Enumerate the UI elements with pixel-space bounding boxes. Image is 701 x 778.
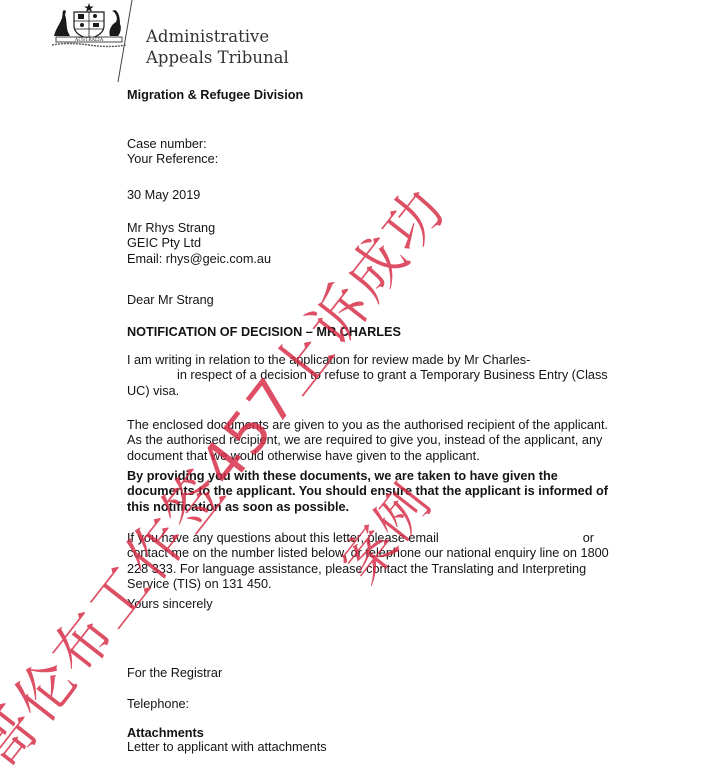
letter-heading: NOTIFICATION OF DECISION – MR CHARLES <box>127 325 667 340</box>
paragraph-line: The enclosed documents are given to you … <box>127 418 667 433</box>
paragraph-line: Service (TIS) on 131 450. <box>127 577 667 592</box>
letter-date: 30 May 2019 <box>127 188 667 203</box>
paragraph-notice: By providing you with these documents, w… <box>127 469 667 515</box>
paragraph-line: this notification as soon as possible. <box>127 500 667 515</box>
letter-page: AUSTRALIA Administrative Appeals Tribuna… <box>0 0 701 778</box>
paragraph-line: As the authorised recipient, we are requ… <box>127 433 667 448</box>
recipient-company: GEIC Pty Ltd <box>127 236 667 251</box>
attachments-title: Attachments <box>127 726 667 741</box>
paragraph-contact: If you have any questions about this let… <box>127 531 667 592</box>
paragraph-line: document that we would otherwise have gi… <box>127 449 667 464</box>
recipient-address: Mr Rhys Strang GEIC Pty Ltd Email: rhys@… <box>127 221 667 267</box>
telephone-label: Telephone: <box>127 697 667 712</box>
division-heading: Migration & Refugee Division <box>127 88 667 103</box>
paragraph-line: 228 333. For language assistance, please… <box>127 562 667 577</box>
paragraph-line: documents to the applicant. You should e… <box>127 484 667 499</box>
paragraph-authorised-recipient: The enclosed documents are given to you … <box>127 418 667 464</box>
case-reference-block: Case number: Your Reference: <box>127 137 667 168</box>
case-number-label: Case number: <box>127 137 667 152</box>
contact-text: If you have any questions about this let… <box>127 531 439 545</box>
paragraph-line: contact me on the number listed below, o… <box>127 546 667 561</box>
closing: Yours sincerely <box>127 597 667 612</box>
tribunal-name-line2: Appeals Tribunal <box>146 47 289 68</box>
paragraph-line: If you have any questions about this let… <box>127 531 667 546</box>
recipient-name: Mr Rhys Strang <box>127 221 667 236</box>
paragraph-line: UC) visa. <box>127 384 667 399</box>
paragraph-line: I am writing in relation to the applicat… <box>127 353 667 368</box>
signoff: For the Registrar <box>127 666 667 681</box>
salutation: Dear Mr Strang <box>127 293 667 308</box>
header-divider <box>104 0 134 88</box>
recipient-email: Email: rhys@geic.com.au <box>127 252 667 267</box>
paragraph-line: in respect of a decision to refuse to gr… <box>127 368 667 383</box>
tribunal-name-line1: Administrative <box>146 26 289 47</box>
your-reference-label: Your Reference: <box>127 152 667 167</box>
paragraph-line: By providing you with these documents, w… <box>127 469 667 484</box>
svg-text:AUSTRALIA: AUSTRALIA <box>74 37 104 43</box>
tribunal-name: Administrative Appeals Tribunal <box>146 26 289 68</box>
paragraph-application: I am writing in relation to the applicat… <box>127 353 667 399</box>
contact-or: or <box>583 531 594 545</box>
attachments-body: Letter to applicant with attachments <box>127 740 667 755</box>
